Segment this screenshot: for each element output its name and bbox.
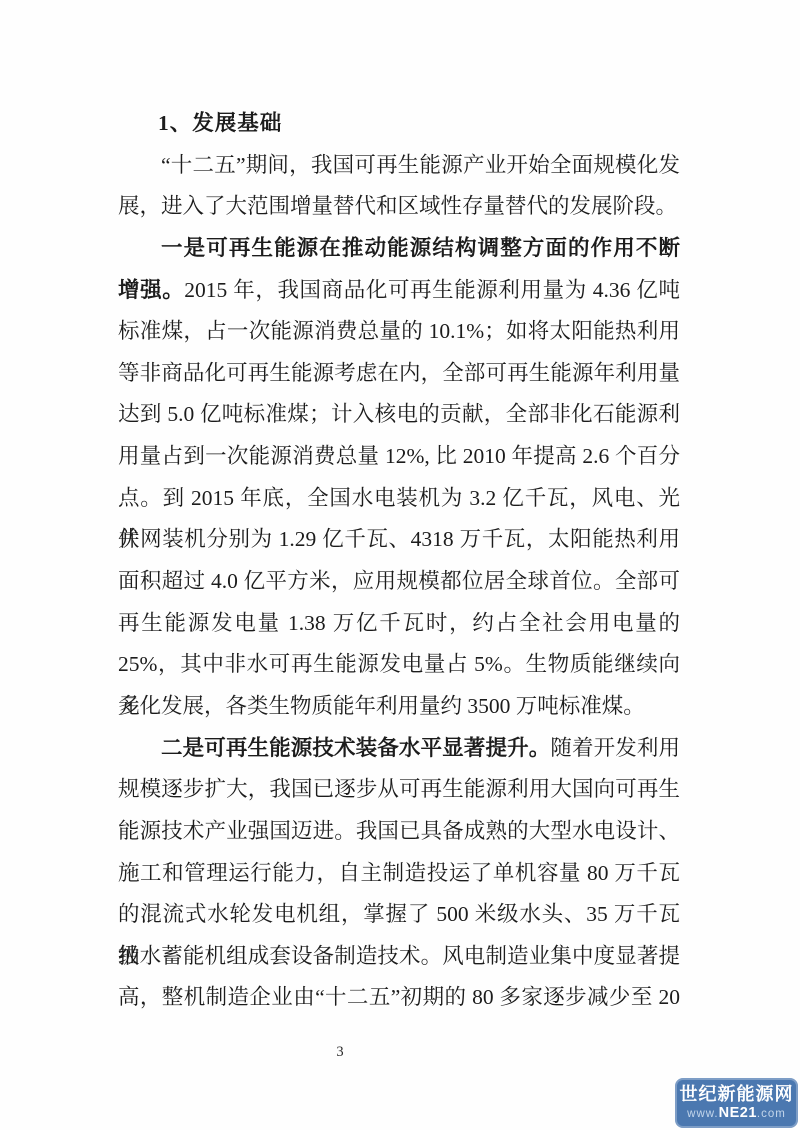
text-line: 施工和管理运行能力，自主制造投运了单机容量 80 万千瓦: [118, 853, 680, 895]
text-run: 等非商品化可再生能源考虑在内，全部可再生能源年利用量: [118, 361, 680, 385]
text-line: 二是可再生能源技术装备水平显著提升。随着开发利用: [118, 728, 680, 770]
document-page: 1、发展基础 “十二五”期间，我国可再生能源产业开始全面规模化发展，进入了大范围…: [0, 0, 800, 1130]
text-run: “十二五”期间，我国可再生能源产业开始全面规模化发: [161, 153, 680, 177]
watermark-url-name: NE21: [719, 1105, 757, 1121]
text-line: “十二五”期间，我国可再生能源产业开始全面规模化发: [118, 145, 680, 187]
text-line: 等非商品化可再生能源考虑在内，全部可再生能源年利用量: [118, 353, 680, 395]
watermark-url-www: www.: [687, 1108, 718, 1120]
text-line: 能源技术产业强国迈进。我国已具备成熟的大型水电设计、: [118, 811, 680, 853]
text-line: 再生能源发电量 1.38 万亿千瓦时，约占全社会用电量的: [118, 603, 680, 645]
text-line: 增强。2015 年，我国商品化可再生能源利用量为 4.36 亿吨: [118, 270, 680, 312]
watermark-site-name: 世纪新能源网: [675, 1084, 798, 1104]
section-heading: 1、发展基础: [118, 103, 680, 145]
text-run: 高，整机制造企业由“十二五”初期的 80 多家逐步减少至 20: [118, 985, 680, 1009]
bold-text-run: 一是可再生能源在推动能源结构调整方面的作用不断: [161, 236, 680, 260]
text-run: 再生能源发电量 1.38 万亿千瓦时，约占全社会用电量的: [118, 611, 680, 635]
text-line: 标准煤，占一次能源消费总量的 10.1%；如将太阳能热利用: [118, 311, 680, 353]
text-line: 25%，其中非水可再生能源发电量占 5%。生物质能继续向多: [118, 644, 680, 686]
watermark-url: www.NE21.com: [675, 1104, 798, 1123]
text-line: 并网装机分别为 1.29 亿千瓦、4318 万千瓦，太阳能热利用: [118, 519, 680, 561]
text-run: 随着开发利用: [550, 736, 680, 760]
text-run: 标准煤，占一次能源消费总量的 10.1%；如将太阳能热利用: [118, 319, 680, 343]
watermark-logo: 世纪新能源网 www.NE21.com: [675, 1078, 798, 1128]
text-run: 并网装机分别为 1.29 亿千瓦、4318 万千瓦，太阳能热利用: [118, 527, 680, 551]
text-line: 一是可再生能源在推动能源结构调整方面的作用不断: [118, 228, 680, 270]
text-line: 的混流式水轮发电机组，掌握了 500 米级水头、35 万千瓦级: [118, 894, 680, 936]
text-run: 达到 5.0 亿吨标准煤；计入核电的贡献，全部非化石能源利: [118, 402, 680, 426]
text-run: 元化发展，各类生物质能年利用量约 3500 万吨标准煤。: [118, 694, 645, 718]
document-body: 1、发展基础 “十二五”期间，我国可再生能源产业开始全面规模化发展，进入了大范围…: [118, 103, 680, 1019]
text-line: 抽水蓄能机组成套设备制造技术。风电制造业集中度显著提: [118, 936, 680, 978]
page-number: 3: [0, 1044, 680, 1061]
watermark-url-tld: .com: [757, 1108, 786, 1120]
text-run: 抽水蓄能机组成套设备制造技术。风电制造业集中度显著提: [118, 944, 680, 968]
text-line: 高，整机制造企业由“十二五”初期的 80 多家逐步减少至 20: [118, 977, 680, 1019]
text-run: 施工和管理运行能力，自主制造投运了单机容量 80 万千瓦: [118, 861, 680, 885]
bold-text-run: 增强。: [118, 278, 184, 302]
text-line: 规模逐步扩大，我国已逐步从可再生能源利用大国向可再生: [118, 769, 680, 811]
text-run: 用量占到一次能源消费总量 12%, 比 2010 年提高 2.6 个百分: [118, 444, 680, 468]
text-line: 展，进入了大范围增量替代和区域性存量替代的发展阶段。: [118, 186, 680, 228]
text-run: 2015 年，我国商品化可再生能源利用量为 4.36 亿吨: [184, 278, 680, 302]
text-run: 面积超过 4.0 亿平方米，应用规模都位居全球首位。全部可: [118, 569, 680, 593]
text-run: 规模逐步扩大，我国已逐步从可再生能源利用大国向可再生: [118, 777, 680, 801]
bold-text-run: 二是可再生能源技术装备水平显著提升。: [161, 736, 550, 760]
text-line: 点。到 2015 年底，全国水电装机为 3.2 亿千瓦，风电、光伏: [118, 478, 680, 520]
text-line: 达到 5.0 亿吨标准煤；计入核电的贡献，全部非化石能源利: [118, 394, 680, 436]
text-run: 展，进入了大范围增量替代和区域性存量替代的发展阶段。: [118, 194, 677, 218]
text-run: 能源技术产业强国迈进。我国已具备成熟的大型水电设计、: [118, 819, 680, 843]
text-line: 用量占到一次能源消费总量 12%, 比 2010 年提高 2.6 个百分: [118, 436, 680, 478]
text-line: 元化发展，各类生物质能年利用量约 3500 万吨标准煤。: [118, 686, 680, 728]
text-line: 面积超过 4.0 亿平方米，应用规模都位居全球首位。全部可: [118, 561, 680, 603]
